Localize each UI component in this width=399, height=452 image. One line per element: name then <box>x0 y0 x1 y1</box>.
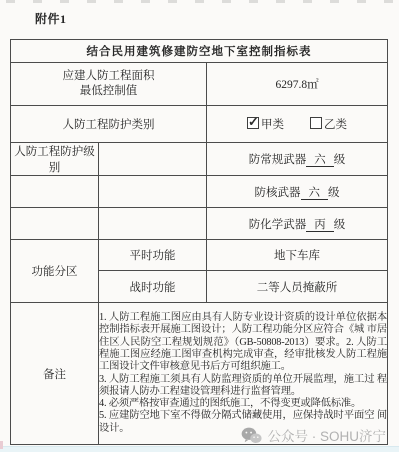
level-value: 丙 <box>306 219 334 232</box>
watermark: 公众号 · SOHU济宁 <box>241 425 386 445</box>
level-suffix: 级 <box>334 154 346 166</box>
option-class-a: 甲类 <box>247 119 284 131</box>
level-prefix: 防化学武器 <box>249 219 307 231</box>
area-value: 6297.8㎡ <box>207 63 388 106</box>
remark-note-1: 1. 人防工程施工图应由具有人防专业设计资质的设计单位依据本控制指标表开展施工图… <box>99 312 387 373</box>
area-label-line1: 应建人防工程面积 <box>11 69 206 84</box>
protection-level-label: 人防工程防护级别 <box>11 143 99 176</box>
scan-edge-mark <box>0 441 3 449</box>
remarks-label: 备注 <box>11 303 99 445</box>
area-label-line2: 最低控制值 <box>11 84 206 99</box>
checkbox-checked-icon <box>247 117 259 129</box>
scan-edge-artifacts <box>6 0 396 3</box>
level-row-nuclear: 防核武器六级 <box>207 176 388 208</box>
protection-category-options: 甲类乙类 <box>207 106 388 143</box>
remark-note-3: 4. 必须严格按审查通过的图纸施工，不得变更或降低标准。 <box>99 398 387 410</box>
wartime-function-label: 战时功能 <box>99 271 207 303</box>
watermark-text: 公众号 · SOHU济宁 <box>267 425 386 445</box>
level-value: 六 <box>301 187 329 200</box>
empty-cell <box>99 143 207 176</box>
protection-category-label: 人防工程防护类别 <box>11 106 207 143</box>
wechat-icon <box>241 427 262 444</box>
remark-note-2: 3. 人防工程施工须具有人防监理资质的单位开展监理，施工过 程须报请人防办工程建… <box>99 374 387 399</box>
function-zone-label: 功能分区 <box>11 240 99 303</box>
empty-cell <box>11 176 99 208</box>
table-title: 结合民用建筑修建防空地下室控制指标表 <box>11 40 388 63</box>
scan-bottom-strip <box>0 446 399 452</box>
checkbox-unchecked-icon <box>310 117 322 129</box>
peacetime-function-label: 平时功能 <box>99 240 207 271</box>
level-prefix: 防常规武器 <box>249 154 307 166</box>
level-prefix: 防核武器 <box>255 187 301 199</box>
empty-cell <box>99 208 207 240</box>
level-row-conventional: 防常规武器六级 <box>207 143 388 176</box>
option-class-b: 乙类 <box>310 119 347 131</box>
wartime-function-value: 二等人员掩蔽所 <box>207 271 388 303</box>
level-value: 六 <box>306 154 334 167</box>
area-label-cell: 应建人防工程面积 最低控制值 <box>11 63 207 106</box>
option-class-a-label: 甲类 <box>261 119 284 131</box>
remarks-text-cell: 1. 人防工程施工图应由具有人防专业设计资质的设计单位依据本控制指标表开展施工图… <box>99 303 388 445</box>
empty-cell <box>99 176 207 208</box>
attachment-label: 附件1 <box>35 10 67 27</box>
control-indicator-table: 结合民用建筑修建防空地下室控制指标表 应建人防工程面积 最低控制值 6297.8… <box>10 39 388 445</box>
option-class-b-label: 乙类 <box>324 119 347 131</box>
level-suffix: 级 <box>334 219 346 231</box>
level-suffix: 级 <box>328 187 340 199</box>
peacetime-function-value: 地下车库 <box>207 240 388 271</box>
empty-cell <box>11 208 99 240</box>
level-row-chemical: 防化学武器丙级 <box>207 208 388 240</box>
